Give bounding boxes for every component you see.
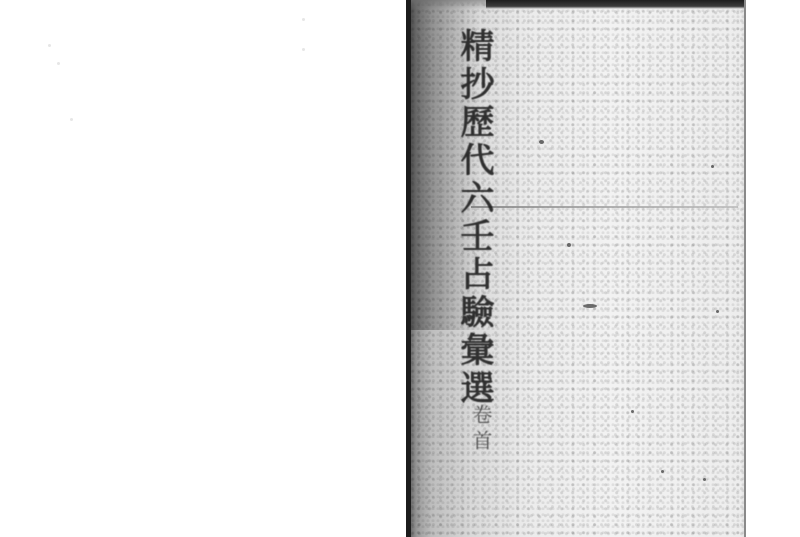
ink-spot (539, 140, 544, 144)
speck (57, 62, 60, 65)
title-strip: 精抄歷代六壬占驗彙選 (451, 28, 497, 408)
speck (302, 48, 305, 51)
book-cover: 精抄歷代六壬占驗彙選 卷首 (406, 0, 746, 537)
ink-spot (567, 243, 571, 247)
fold-line (471, 206, 738, 208)
speck (70, 118, 73, 121)
cover-title: 精抄歷代六壬占驗彙選 (457, 28, 491, 408)
blank-facing-page (0, 0, 405, 537)
volume-note: 卷首 (467, 404, 496, 456)
ink-spot (583, 304, 597, 308)
ink-spot (716, 310, 719, 313)
ink-spot (661, 470, 664, 473)
ink-spot (703, 478, 706, 481)
right-margin (747, 0, 800, 537)
speck (48, 44, 51, 47)
speck (302, 18, 305, 21)
cover-top-band (486, 0, 744, 9)
ink-spot (711, 165, 714, 168)
ink-spot (631, 410, 634, 413)
